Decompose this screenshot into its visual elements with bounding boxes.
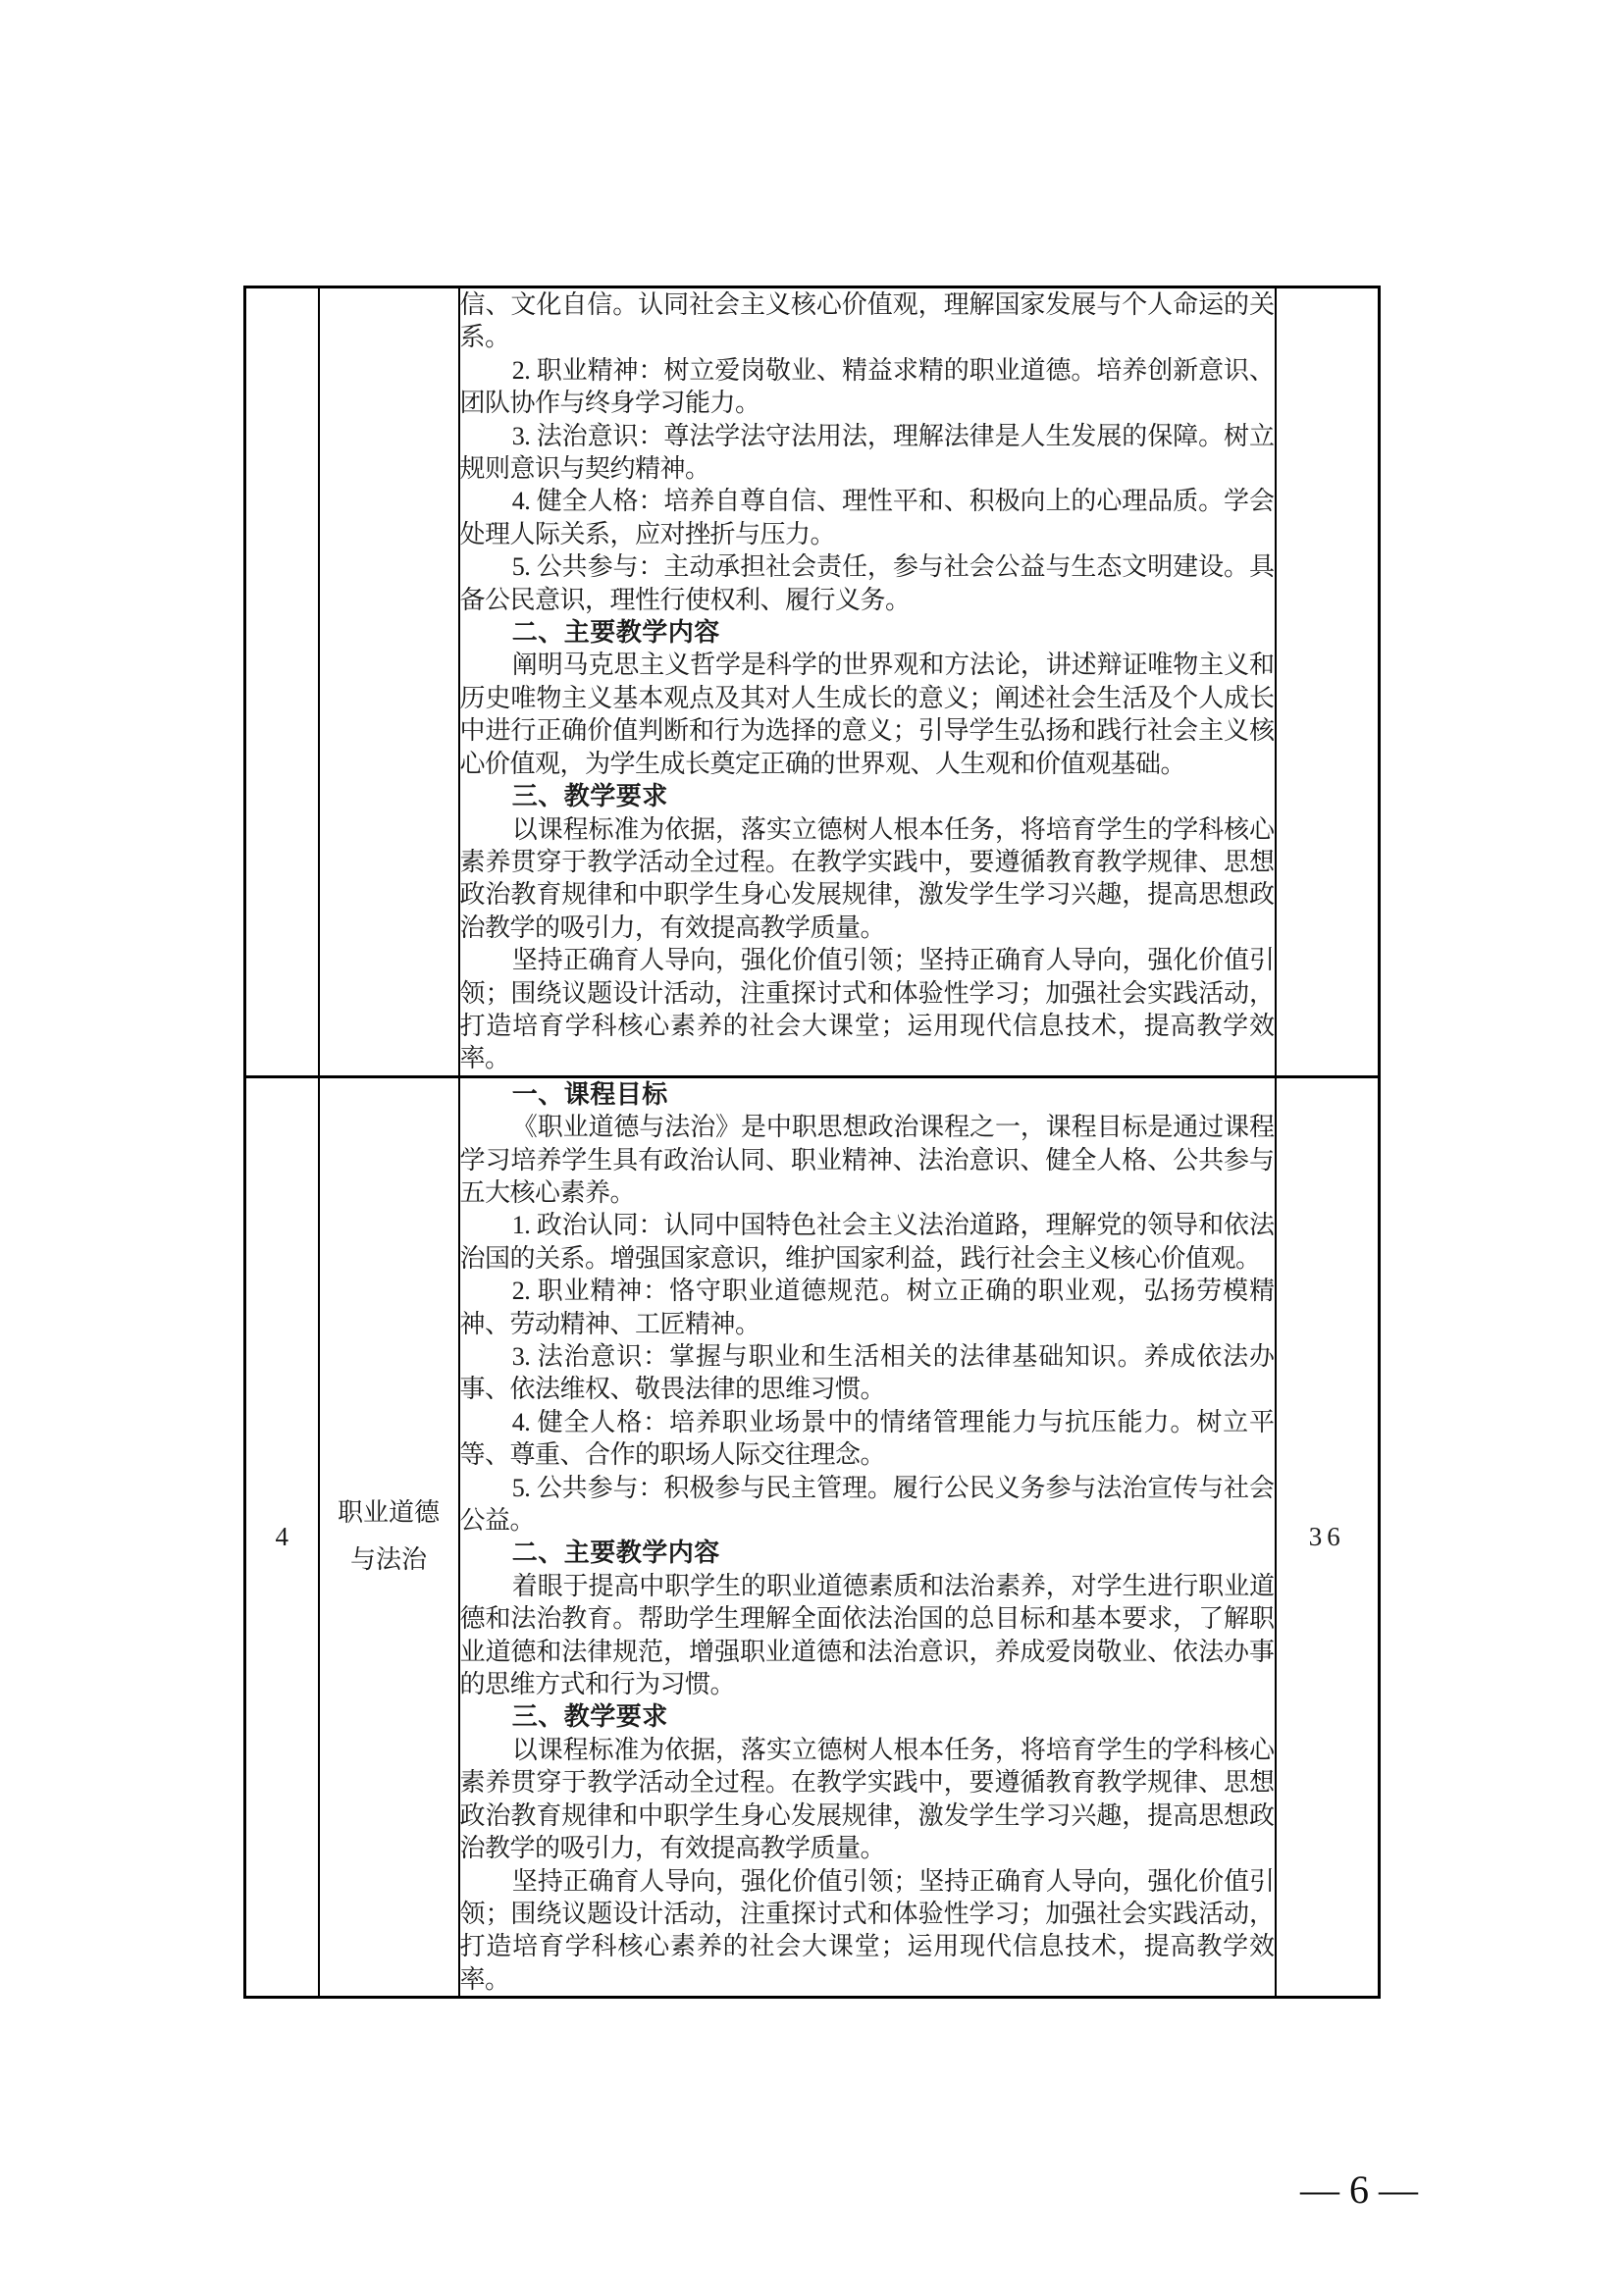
row-index-cell: 4 [245, 1076, 319, 1997]
paragraph: 坚持正确育人导向，强化价值引领；坚持正确育人导向，强化价值引领；围绕议题设计活动… [460, 944, 1275, 1075]
course-name-cell: 职业道德 与法治 [319, 1076, 459, 1997]
section-heading: 二、主要教学内容 [460, 1537, 1275, 1569]
table-row-previous-course: 信、文化自信。认同社会主义核心价值观，理解国家发展与个人命运的关系。 2. 职业… [245, 287, 1380, 1077]
section-heading: 三、教学要求 [460, 780, 1275, 812]
course-hours-cell: 36 [1276, 1076, 1380, 1997]
paragraph: 3. 法治意识：掌握与职业和生活相关的法律基础知识。养成依法办事、依法维权、敬畏… [460, 1340, 1275, 1406]
paragraph: 2. 职业精神：恪守职业道德规范。树立正确的职业观，弘扬劳模精神、劳动精神、工匠… [460, 1275, 1275, 1340]
curriculum-table: 信、文化自信。认同社会主义核心价值观，理解国家发展与个人命运的关系。 2. 职业… [243, 286, 1381, 1999]
course-name-cell [319, 287, 459, 1077]
row-index-cell [245, 287, 319, 1077]
paragraph: 3. 法治意识：尊法学法守法用法，理解法律是人生发展的保障。树立规则意识与契约精… [460, 420, 1275, 486]
paragraph: 以课程标准为依据，落实立德树人根本任务，将培育学生的学科核心素养贯穿于教学活动全… [460, 1734, 1275, 1865]
paragraph: 1. 政治认同：认同中国特色社会主义法治道路，理解党的领导和依法治国的关系。增强… [460, 1209, 1275, 1275]
paragraph: 4. 健全人格：培养职业场景中的情绪管理能力与抗压能力。树立平等、尊重、合作的职… [460, 1406, 1275, 1472]
course-name-line: 职业道德 [320, 1489, 458, 1537]
paragraph: 信、文化自信。认同社会主义核心价值观，理解国家发展与个人命运的关系。 [460, 288, 1275, 354]
section-heading: 二、主要教学内容 [460, 616, 1275, 649]
section-heading: 三、教学要求 [460, 1700, 1275, 1733]
table-row-ethics-law-course: 4 职业道德 与法治 一、课程目标 《职业道德与法治》是中职思想政治课程之一，课… [245, 1076, 1380, 1997]
paragraph: 着眼于提高中职学生的职业道德素质和法治素养，对学生进行职业道德和法治教育。帮助学… [460, 1570, 1275, 1701]
document-page: 信、文化自信。认同社会主义核心价值观，理解国家发展与个人命运的关系。 2. 职业… [0, 0, 1624, 2295]
paragraph: 2. 职业精神：树立爱岗敬业、精益求精的职业道德。培养创新意识、团队协作与终身学… [460, 354, 1275, 420]
course-name-line: 与法治 [320, 1537, 458, 1584]
page-number: — 6 — [1276, 2168, 1442, 2212]
paragraph: 以课程标准为依据，落实立德树人根本任务，将培育学生的学科核心素养贯穿于教学活动全… [460, 813, 1275, 945]
paragraph: 坚持正确育人导向，强化价值引领；坚持正确育人导向，强化价值引领；围绕议题设计活动… [460, 1865, 1275, 1997]
paragraph: 5. 公共参与：积极参与民主管理。履行公民义务参与法治宣传与社会公益。 [460, 1472, 1275, 1538]
section-heading: 一、课程目标 [460, 1078, 1275, 1111]
paragraph: 4. 健全人格：培养自尊自信、理性平和、积极向上的心理品质。学会处理人际关系，应… [460, 485, 1275, 550]
paragraph: 5. 公共参与：主动承担社会责任，参与社会公益与生态文明建设。具备公民意识，理性… [460, 550, 1275, 616]
paragraph: 阐明马克思主义哲学是科学的世界观和方法论，讲述辩证唯物主义和历史唯物主义基本观点… [460, 649, 1275, 780]
course-description-cell: 一、课程目标 《职业道德与法治》是中职思想政治课程之一，课程目标是通过课程学习培… [459, 1076, 1276, 1997]
course-hours-cell [1276, 287, 1380, 1077]
paragraph: 《职业道德与法治》是中职思想政治课程之一，课程目标是通过课程学习培养学生具有政治… [460, 1111, 1275, 1209]
course-description-cell: 信、文化自信。认同社会主义核心价值观，理解国家发展与个人命运的关系。 2. 职业… [459, 287, 1276, 1077]
